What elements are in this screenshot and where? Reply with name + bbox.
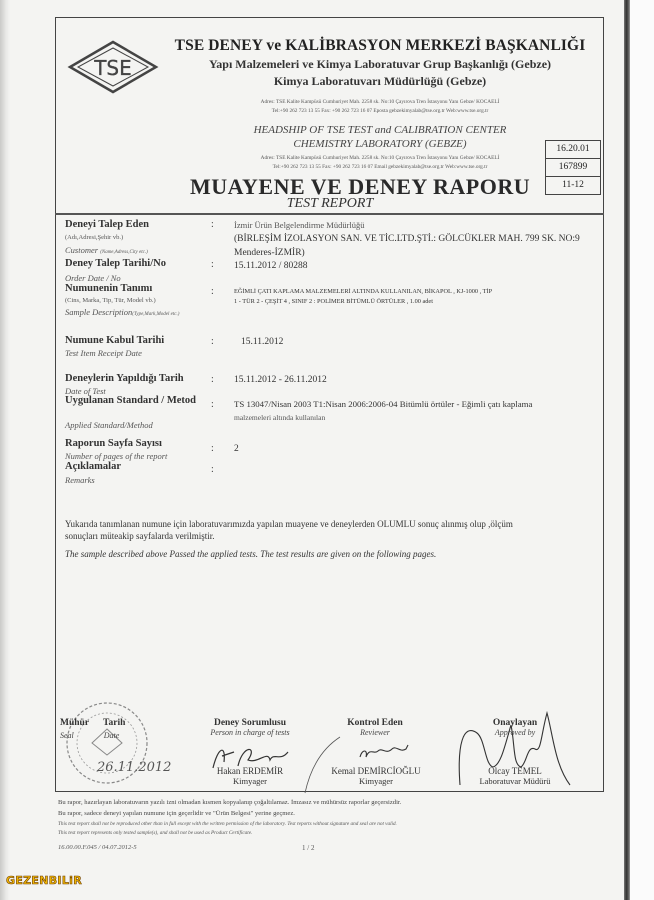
- tester-name: Hakan ERDEMİR: [200, 766, 300, 776]
- sample-label: Numunenin Tanımı: [65, 283, 152, 294]
- header-divider: [55, 213, 604, 215]
- test-date-label: Deneylerin Yapıldığı Tarih: [65, 373, 184, 384]
- tester-role: Kimyager: [200, 776, 300, 786]
- tester-title-en: Person in charge of tests: [200, 728, 300, 737]
- scan-margin: [630, 0, 654, 900]
- reviewer-role: Kimyager: [316, 776, 436, 786]
- scan-edge-left: [0, 0, 10, 900]
- colon: :: [211, 399, 214, 410]
- remarks-label-en: Remarks: [65, 475, 95, 485]
- sample-label-en: Sample Description(Type,Mark,Model etc.): [65, 307, 179, 317]
- address-line: Adres: TSE Kalite Kampüsü Cumhuriyet Mah…: [160, 99, 600, 105]
- conclusion-tr-line2: sonuçları müteakip sayfalarda verilmişti…: [65, 531, 605, 542]
- customer-value-line1: İzmir Ürün Belgelendirme Müdürlüğü: [234, 220, 365, 230]
- customer-label: Deneyi Talep Eden: [65, 219, 149, 230]
- tse-logo-icon: TSE: [68, 40, 158, 95]
- code-lab: 16.20.01: [546, 141, 600, 159]
- watermark-logo: GEZENBILiR: [6, 874, 82, 887]
- receipt-value: 15.11.2012: [241, 337, 283, 347]
- standard-value-line1: TS 13047/Nisan 2003 T1:Nisan 2006:2006-0…: [234, 399, 532, 409]
- colon: :: [211, 259, 214, 270]
- standard-label: Uygulanan Standard / Metod: [65, 395, 196, 406]
- receipt-label: Numune Kabul Tarihi: [65, 335, 164, 346]
- order-label-en: Order Date / No: [65, 273, 121, 283]
- center-title: TSE DENEY ve KALİBRASYON MERKEZİ BAŞKANL…: [160, 37, 600, 55]
- contact-line: Tel:+90 262 723 13 55 Fax: +90 262 723 1…: [160, 108, 600, 114]
- footer-note-tr1: Bu rapor, hazırlayan laboratuvarın yazıl…: [58, 799, 401, 806]
- standard-value-line2: malzemeleri altında kullanılan: [234, 413, 325, 422]
- tester-name-block: Hakan ERDEMİR Kimyager: [200, 766, 300, 786]
- receipt-label-en: Test Item Receipt Date: [65, 348, 142, 358]
- lab-title: Kimya Laboratuvarı Müdürlüğü (Gebze): [160, 74, 600, 89]
- code-year: 11-12: [546, 177, 600, 194]
- headship-en-line2: CHEMISTRY LABORATORY (GEBZE): [160, 138, 600, 150]
- conclusion-tr-line1: Yukarıda tanımlanan numune için laboratu…: [65, 519, 605, 530]
- report-subtitle: TEST REPORT: [190, 196, 470, 212]
- svg-text:TSE: TSE: [93, 56, 132, 80]
- conclusion-en: The sample described above Passed the ap…: [65, 549, 436, 559]
- seal-label-en: Seal Date: [60, 725, 119, 743]
- order-label: Deney Talep Tarihi/No: [65, 258, 166, 269]
- footer-note-en2: This test report represents only tested …: [58, 830, 252, 836]
- colon: :: [211, 464, 214, 475]
- form-code: 16.00.00.F.045 / 04.07.2012-5: [58, 844, 137, 851]
- sample-label-note: (Cins, Marka, Tip, Tür, Model vb.): [65, 297, 156, 304]
- address-line-en: Adres: TSE Kalite Kampüsü Cumhuriyet Mah…: [160, 155, 600, 161]
- sample-value-line1: EĞİMLİ ÇATI KAPLAMA MALZEMELERİ ALTINDA …: [234, 288, 492, 295]
- footer-note-tr2: Bu rapor, sadece deneyi yapılan numune i…: [58, 810, 295, 817]
- report-code-box: 16.20.01 167899 11-12: [545, 140, 601, 195]
- colon: :: [211, 374, 214, 385]
- tester-block: Deney Sorumlusu Person in charge of test…: [200, 718, 300, 737]
- customer-value-line2: (BİRLEŞİM İZOLASYON SAN. VE TİC.LTD.ŞTİ.…: [234, 234, 580, 244]
- pages-value: 2: [234, 444, 239, 454]
- group-title: Yapı Malzemeleri ve Kimya Laboratuvar Gr…: [160, 57, 600, 72]
- contact-line-en: Tel:+90 262 723 13 55 Fax: +90 262 723 1…: [160, 164, 600, 170]
- sample-value-line2: 1 - TÜR 2 - ÇEŞİT 4 , SINIF 2 : POLİMER …: [234, 298, 433, 305]
- remarks-label: Açıklamalar: [65, 461, 121, 472]
- customer-label-note: (Adı,Adresi,Şehir vb.): [65, 234, 123, 241]
- customer-label-en: Customer (Name,Adress,City etc.): [65, 245, 148, 255]
- tester-title: Deney Sorumlusu: [200, 718, 300, 728]
- approver-name-block: Olcay TEMEL Laboratuvar Müdürü: [455, 766, 575, 786]
- seal-date-handwritten: 26.11.2012: [97, 760, 171, 775]
- headship-en-line1: HEADSHIP OF TSE TEST and CALIBRATION CEN…: [160, 124, 600, 136]
- order-value: 15.11.2012 / 80288: [234, 261, 308, 271]
- page-number: 1 / 2: [302, 844, 314, 852]
- reviewer-name: Kemal DEMİRCİOĞLU: [316, 766, 436, 776]
- seal-stamp-icon: [62, 695, 157, 795]
- test-date-value: 15.11.2012 - 26.11.2012: [234, 375, 327, 385]
- reviewer-signature-icon: [300, 735, 430, 795]
- reviewer-name-block: Kemal DEMİRCİOĞLU Kimyager: [316, 766, 436, 786]
- colon: :: [211, 336, 214, 347]
- reviewer-title: Kontrol Eden: [320, 718, 430, 728]
- standard-label-en: Applied Standard/Method: [65, 420, 153, 430]
- approver-name: Olcay TEMEL: [455, 766, 575, 776]
- colon: :: [211, 443, 214, 454]
- colon: :: [211, 219, 214, 230]
- pages-label: Raporun Sayfa Sayısı: [65, 438, 162, 449]
- approver-role: Laboratuvar Müdürü: [455, 776, 575, 786]
- colon: :: [211, 286, 214, 297]
- code-report-no: 167899: [546, 159, 600, 177]
- customer-value-line3: Menderes-İZMİR): [234, 248, 305, 258]
- pages-label-en: Number of pages of the report: [65, 451, 167, 461]
- footer-note-en1: This test report shall not be reproduced…: [58, 821, 397, 827]
